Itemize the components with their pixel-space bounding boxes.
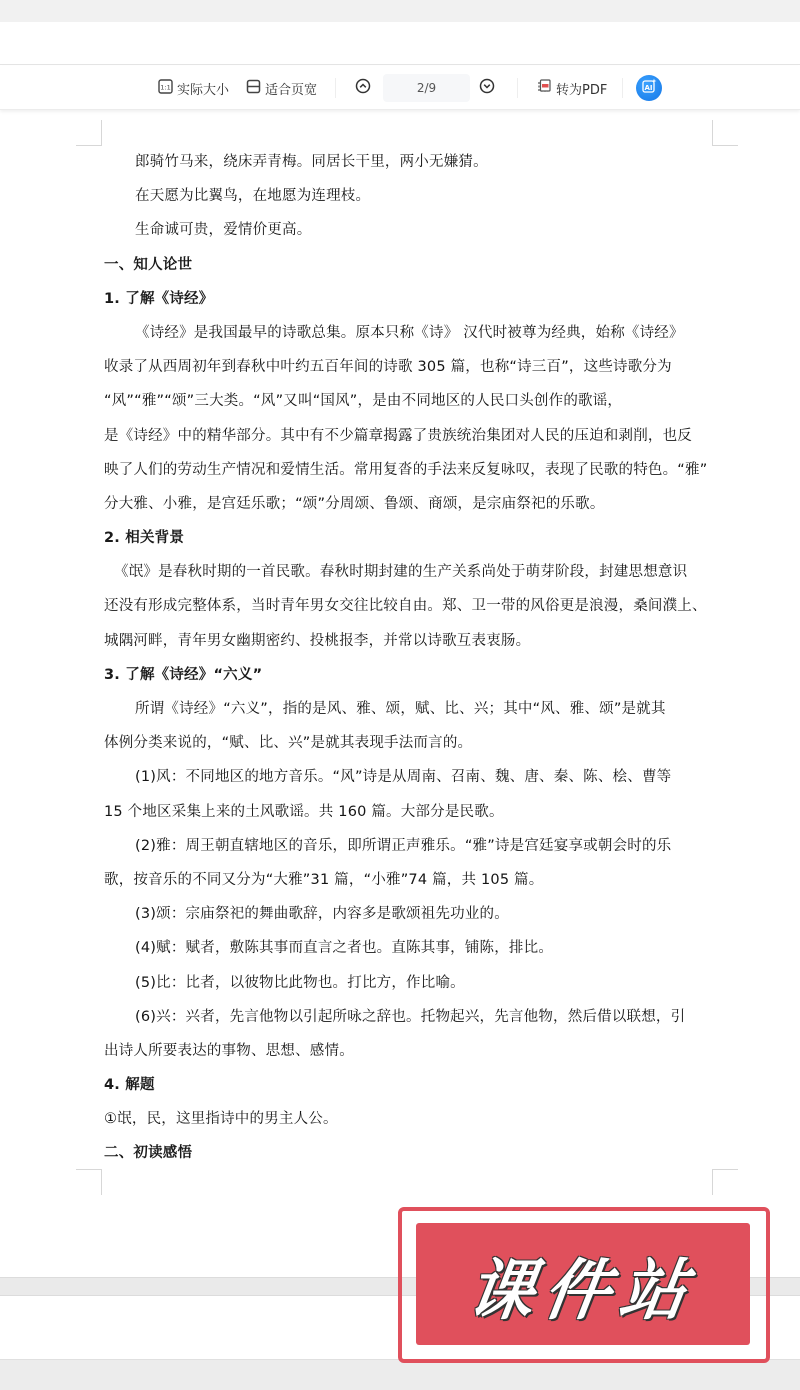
paragraph: (6)兴：兴者，先言他物以引起所咏之辞也。托物起兴，先言他物，然后借以联想，引 <box>104 1000 716 1034</box>
paragraph: 是《诗经》中的精华部分。其中有不少篇章揭露了贵族统治集团对人民的压迫和剥削，也反 <box>104 419 716 453</box>
paragraph: (2)雅：周王朝直辖地区的音乐，即所谓正声雅乐。“雅”诗是宫廷宴享或朝会时的乐 <box>104 829 716 863</box>
paragraph: 所谓《诗经》“六义”，指的是风、雅、颂，赋、比、兴；其中“风、雅、颂”是就其 <box>104 692 716 726</box>
paragraph: ①氓，民，这里指诗中的男主人公。 <box>104 1102 716 1136</box>
paragraph: 在天愿为比翼鸟，在地愿为连理枝。 <box>104 179 716 213</box>
paragraph: 《氓》是春秋时期的一首民歌。春秋时期封建的生产关系尚处于萌芽阶段，封建思想意识 <box>104 555 716 589</box>
paragraph: 分大雅、小雅，是宫廷乐歌；“颂”分周颂、鲁颂、商颂，是宗庙祭祀的乐歌。 <box>104 487 716 521</box>
window-top-bar <box>0 0 800 22</box>
page-margin-corner <box>76 1169 102 1195</box>
convert-to-pdf-button[interactable]: 转为PDF <box>536 66 607 110</box>
fit-width-label: 适合页宽 <box>265 79 317 98</box>
stamp-fill: 课件站 <box>416 1223 750 1345</box>
previous-page-button[interactable] <box>355 66 371 110</box>
ai-sparkle-icon: AI <box>641 78 657 98</box>
svg-text:1:1: 1:1 <box>160 83 170 91</box>
toolbar-divider <box>517 78 518 98</box>
page-number-input[interactable]: 2/9 <box>383 74 470 102</box>
paragraph: 体例分类来说的，“赋、比、兴”是就其表现手法而言的。 <box>104 726 716 760</box>
fit-width-icon <box>246 79 261 98</box>
actual-size-button[interactable]: 1:1 实际大小 <box>158 66 229 110</box>
paragraph: 出诗人所要表达的事物、思想、感情。 <box>104 1034 716 1068</box>
next-page-button[interactable] <box>479 66 495 110</box>
page-margin-corner <box>76 120 102 146</box>
page-margin-corner <box>712 120 738 146</box>
page-indicator: 2/9 <box>417 81 436 95</box>
page-margin-corner <box>712 1169 738 1195</box>
document-page: 郎骑竹马来，绕床弄青梅。同居长干里，两小无嫌猜。 在天愿为比翼鸟，在地愿为连理枝… <box>0 110 800 1277</box>
paragraph: (4)赋：赋者，敷陈其事而直言之者也。直陈其事，铺陈，排比。 <box>104 931 716 965</box>
ai-assistant-button[interactable]: AI <box>636 75 662 101</box>
paragraph: (5)比：比者，以彼物比此物也。打比方，作比喻。 <box>104 966 716 1000</box>
paragraph: (3)颂：宗庙祭祀的舞曲歌辞，内容多是歌颂祖先功业的。 <box>104 897 716 931</box>
toolbar-divider <box>335 78 336 98</box>
chevron-up-circle-icon <box>355 78 371 98</box>
viewer-toolbar: 1:1 实际大小 适合页宽 2/9 转为PDF AI <box>0 66 800 110</box>
toolbar-divider <box>622 78 623 98</box>
paragraph: 城隅河畔，青年男女幽期密约、投桃报李，并常以诗歌互表衷肠。 <box>104 624 716 658</box>
watermark-stamp: 课件站 <box>398 1203 770 1365</box>
svg-text:AI: AI <box>644 84 652 92</box>
document-content: 郎骑竹马来，绕床弄青梅。同居长干里，两小无嫌猜。 在天愿为比翼鸟，在地愿为连理枝… <box>104 145 716 1171</box>
actual-size-label: 实际大小 <box>177 79 229 98</box>
subsection-heading: 2. 相关背景 <box>104 521 716 555</box>
paragraph: 映了人们的劳动生产情况和爱情生活。常用复沓的手法来反复咏叹，表现了民歌的特色。“… <box>104 453 716 487</box>
paragraph: 还没有形成完整体系，当时青年男女交往比较自由。郑、卫一带的风俗更是浪漫，桑间濮上… <box>104 589 716 623</box>
paragraph: “风”“雅”“颂”三大类。“风”又叫“国风”，是由不同地区的人民口头创作的歌谣， <box>104 384 716 418</box>
section-heading: 一、知人论世 <box>104 248 716 282</box>
convert-to-pdf-label: 转为PDF <box>556 79 607 98</box>
paragraph: 歌，按音乐的不同又分为“大雅”31 篇，“小雅”74 篇，共 105 篇。 <box>104 863 716 897</box>
paragraph: 收录了从西周初年到春秋中叶约五百年间的诗歌 305 篇，也称“诗三百”，这些诗歌… <box>104 350 716 384</box>
chevron-down-circle-icon <box>479 78 495 98</box>
watermark-text: 课件站 <box>462 1237 703 1332</box>
paragraph: 15 个地区采集上来的土风歌谣。共 160 篇。大部分是民歌。 <box>104 795 716 829</box>
header-area <box>0 22 800 65</box>
paragraph: 郎骑竹马来，绕床弄青梅。同居长干里，两小无嫌猜。 <box>104 145 716 179</box>
pdf-convert-icon <box>536 78 552 98</box>
fit-width-button[interactable]: 适合页宽 <box>246 66 317 110</box>
paragraph: 《诗经》是我国最早的诗歌总集。原本只称《诗》 汉代时被尊为经典，始称《诗经》 <box>104 316 716 350</box>
paragraph: 生命诚可贵，爱情价更高。 <box>104 213 716 247</box>
actual-size-icon: 1:1 <box>158 79 173 98</box>
paragraph: (1)风：不同地区的地方音乐。“风”诗是从周南、召南、魏、唐、秦、陈、桧、曹等 <box>104 760 716 794</box>
subsection-heading: 1. 了解《诗经》 <box>104 282 716 316</box>
section-heading: 二、初读感悟 <box>104 1136 716 1170</box>
subsection-heading: 4. 解题 <box>104 1068 716 1102</box>
subsection-heading: 3. 了解《诗经》“六义” <box>104 658 716 692</box>
